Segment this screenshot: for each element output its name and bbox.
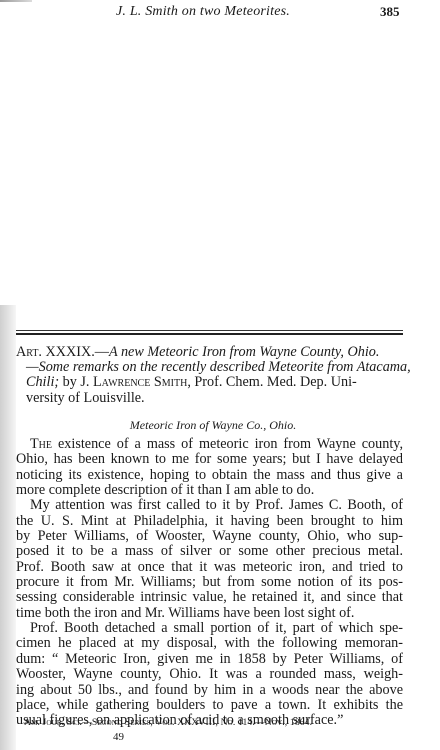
body-line: noticing its existence, hoping to obtain…	[16, 468, 403, 483]
article-heading: Art. XXXIX.—A new Meteoric Iron from Way…	[16, 345, 403, 406]
author-name: Lawrence Smith	[93, 374, 187, 390]
body-line: place, while gathering boulders to pave …	[16, 698, 403, 713]
article-heading-line-3: Chili; by J. Lawrence Smith, Prof. Chem.…	[16, 375, 403, 390]
running-head: J. L. Smith on two Meteorites. 385	[0, 4, 440, 22]
body-line: cimen he placed at my disposal, with the…	[16, 636, 403, 651]
body-line: sessing considerable intrinsic value, he…	[16, 590, 403, 605]
body-line-text: by Peter Williams, of Wooster, Wayne cou…	[16, 528, 403, 544]
article-heading-line-1: Art. XXXIX.—A new Meteoric Iron from Way…	[16, 345, 403, 360]
body-line-text: the U. S. Mint at Philadelphia, it havin…	[16, 513, 403, 529]
page-number: 385	[380, 4, 400, 20]
page-gutter-shadow	[0, 305, 16, 750]
body-line-text: noticing its existence, hoping to obtain…	[16, 467, 403, 483]
body-line-text: dum: “ Meteoric Iron, given me in 1858 b…	[16, 651, 403, 667]
body-line-text: Ohio, has been known to me for some year…	[16, 451, 403, 467]
body-line: the U. S. Mint at Philadelphia, it havin…	[16, 514, 403, 529]
journal-citation-footer: Am. Jour. Sci.—Second Series, Vol. XXXVI…	[24, 717, 312, 728]
byline-prefix: by J.	[59, 374, 93, 390]
author-affiliation: , Prof. Chem. Med. Dep. Uni-	[187, 374, 356, 390]
body-line-text: existence of a mass of meteoric iron fro…	[58, 436, 403, 452]
body-line: Prof. Booth saw at once that it was mete…	[16, 560, 403, 575]
body-line: more complete description of it than I a…	[16, 483, 403, 498]
signature-mark: 49	[113, 731, 124, 743]
body-line: Ohio, has been known to me for some year…	[16, 452, 403, 467]
body-line-text: procure it from Mr. Williams; but from s…	[16, 574, 403, 590]
scan-edge-shadow	[0, 0, 32, 2]
body-line-text: Wooster, Wayne county, Ohio. It was a ro…	[16, 666, 403, 682]
article-number: XXXIX.—	[46, 344, 109, 360]
article-title-part-2: —Some remarks on the recently described …	[16, 360, 403, 375]
body-line: dum: “ Meteoric Iron, given me in 1858 b…	[16, 652, 403, 667]
body-line-text: Prof. Booth saw at once that it was mete…	[16, 559, 403, 575]
body-line: ing about 50 lbs., and found by him in a…	[16, 683, 403, 698]
body-line: procure it from Mr. Williams; but from s…	[16, 575, 403, 590]
body-line: The existence of a mass of meteoric iron…	[16, 437, 403, 452]
body-line-text: ing about 50 lbs., and found by him in a…	[16, 682, 403, 698]
body-line: Wooster, Wayne county, Ohio. It was a ro…	[16, 667, 403, 682]
body-line-text: sessing considerable intrinsic value, he…	[16, 589, 403, 605]
author-affiliation-cont: versity of Louisville.	[16, 391, 403, 406]
body-line: My attention was first called to it by P…	[16, 498, 403, 513]
section-double-rule	[16, 330, 403, 335]
body-line: posed it to be a mass of silver or some …	[16, 544, 403, 559]
body-line: by Peter Williams, of Wooster, Wayne cou…	[16, 529, 403, 544]
body-line-text: time both the iron and Mr. Williams have…	[16, 605, 354, 621]
article-title-part-3: Chili;	[26, 374, 59, 390]
body-line-text: posed it to be a mass of silver or some …	[16, 543, 403, 559]
article-label: Art.	[16, 344, 42, 360]
body-line-text: cimen he placed at my disposal, with the…	[16, 635, 403, 651]
running-title: J. L. Smith on two Meteorites.	[116, 4, 290, 20]
article-body: The existence of a mass of meteoric iron…	[16, 437, 403, 729]
body-line: Prof. Booth detached a small portion of …	[16, 621, 403, 636]
body-line-text: My attention was first called to it by P…	[30, 497, 403, 513]
subheading-text: Meteoric Iron of Wayne Co., Ohio.	[130, 418, 296, 432]
body-line-text: Prof. Booth detached a small portion of …	[30, 620, 403, 636]
section-subheading: Meteoric Iron of Wayne Co., Ohio.	[0, 418, 440, 433]
article-title-part-1: A new Meteoric Iron from Wayne County, O…	[109, 344, 379, 360]
body-line: time both the iron and Mr. Williams have…	[16, 606, 403, 621]
paragraph-lead-word: The	[30, 436, 52, 452]
body-line-text: place, while gathering boulders to pave …	[16, 697, 403, 713]
body-line-text: more complete description of it than I a…	[16, 482, 314, 498]
